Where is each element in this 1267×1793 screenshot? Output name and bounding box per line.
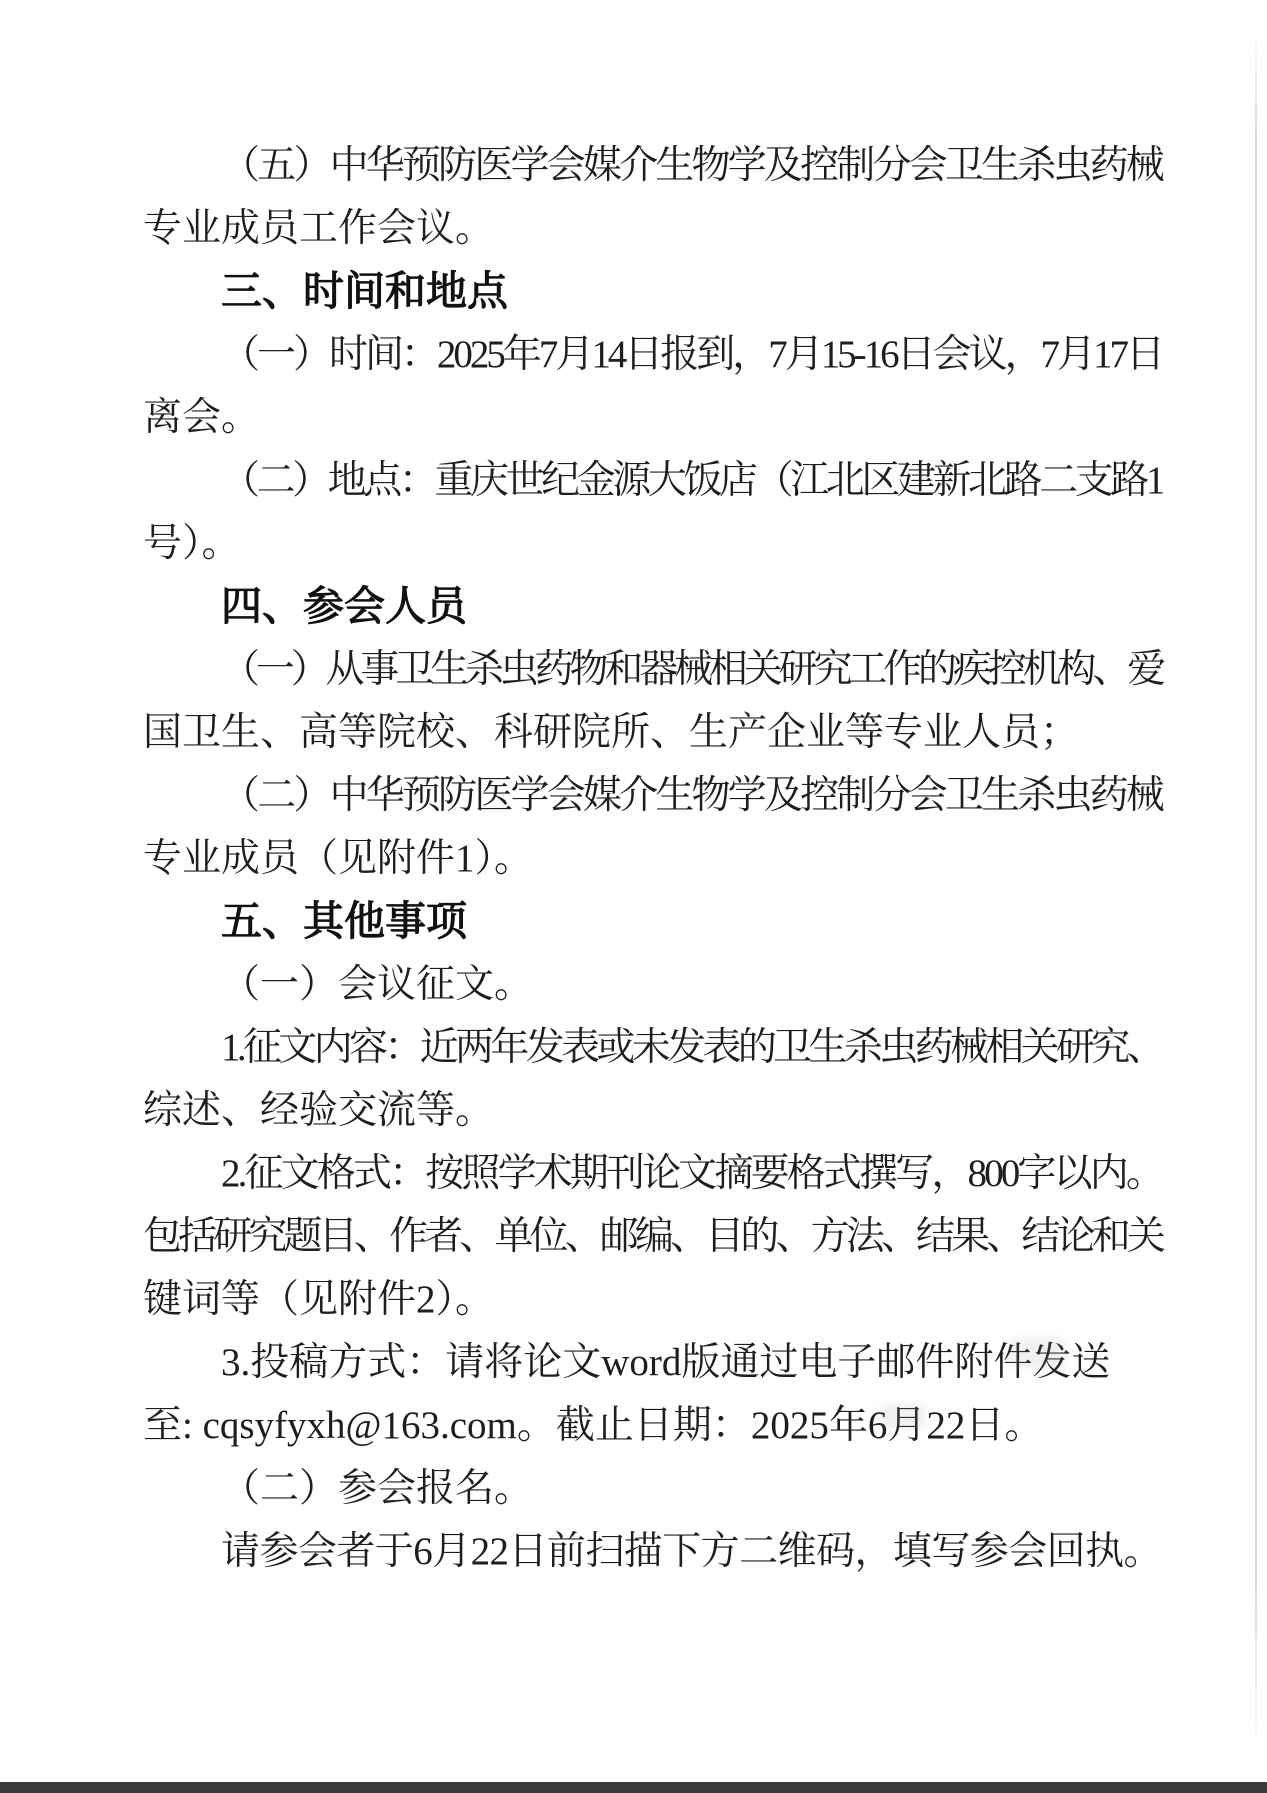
scan-edge-line (1255, 28, 1257, 1760)
text-line-text: （二）参会报名。 (221, 1457, 533, 1520)
text-line: 包括研究题目、作者、单位、邮编、目的、方法、结果、结论和关 (143, 1205, 1162, 1268)
text-line: 1.征文内容：近两年发表或未发表的卫生杀虫药械相关研究、 (143, 1016, 1162, 1079)
text-line-text: 离会。 (143, 386, 260, 449)
text-line-text: 综述、经验交流等。 (143, 1079, 494, 1142)
text-line-text: 2.征文格式：按照学术期刊论文摘要格式撰写，800字以内。 (221, 1142, 1162, 1205)
text-line: 键词等（见附件2）。 (143, 1268, 1162, 1331)
text-line-text: 国卫生、高等院校、科研院所、生产企业等专业人员； (143, 701, 1079, 764)
text-line-text: 三、时间和地点 (221, 260, 508, 323)
text-line: （五）中华预防医学会媒介生物学及控制分会卫生杀虫药械 (143, 134, 1162, 197)
text-line: 专业成员（见附件1）。 (143, 827, 1162, 890)
text-line-text: 请参会者于6月22日前扫描下方二维码，填写参会回执。 (221, 1520, 1162, 1583)
text-line-text: 包括研究题目、作者、单位、邮编、目的、方法、结果、结论和关 (143, 1205, 1162, 1268)
text-line: 至: cqsyfyxh@163.com。截止日期：2025年6月22日。 (143, 1394, 1162, 1457)
text-line: 专业成员工作会议。 (143, 197, 1162, 260)
text-line-text: 3.投稿方式：请将论文word版通过电子邮件附件发送 (221, 1331, 1110, 1394)
scan-smudge (880, 1404, 926, 1428)
text-line-text: 四、参会人员 (221, 575, 467, 638)
text-line-text: 号）。 (143, 512, 241, 575)
text-line-text: 键词等（见附件2）。 (143, 1268, 494, 1331)
text-line: （一）会议征文。 (143, 953, 1162, 1016)
text-line: 国卫生、高等院校、科研院所、生产企业等专业人员； (143, 701, 1162, 764)
text-line: （一）时间：2025年7月14日报到，7月15-16日会议，7月17日 (143, 323, 1162, 386)
text-line-text: （一）会议征文。 (221, 953, 533, 1016)
text-line: 2.征文格式：按照学术期刊论文摘要格式撰写，800字以内。 (143, 1142, 1162, 1205)
scan-bottom-bar (0, 1782, 1267, 1793)
section-heading: 五、其他事项 (143, 890, 1162, 953)
section-heading: 三、时间和地点 (143, 260, 1162, 323)
text-line: 请参会者于6月22日前扫描下方二维码，填写参会回执。 (143, 1520, 1162, 1583)
text-line: 离会。 (143, 386, 1162, 449)
section-heading: 四、参会人员 (143, 575, 1162, 638)
text-line: 综述、经验交流等。 (143, 1079, 1162, 1142)
text-line-text: （一）从事卫生杀虫药物和器械相关研究工作的疾控机构、爱 (221, 638, 1162, 701)
text-line: （二）参会报名。 (143, 1457, 1162, 1520)
text-line: （二）地点：重庆世纪金源大饭店（江北区建新北路二支路1 (143, 449, 1162, 512)
text-line-text: （五）中华预防医学会媒介生物学及控制分会卫生杀虫药械 (221, 134, 1162, 197)
scan-smudge (1008, 1338, 1066, 1368)
text-line-text: 1.征文内容：近两年发表或未发表的卫生杀虫药械相关研究、 (221, 1016, 1162, 1079)
text-line-text: （二）地点：重庆世纪金源大饭店（江北区建新北路二支路1 (221, 449, 1162, 512)
text-line-text: （一）时间：2025年7月14日报到，7月15-16日会议，7月17日 (221, 323, 1162, 386)
text-line: （二）中华预防医学会媒介生物学及控制分会卫生杀虫药械 (143, 764, 1162, 827)
text-line-text: 专业成员（见附件1）。 (143, 827, 533, 890)
text-line-text: 专业成员工作会议。 (143, 197, 494, 260)
text-line-text: 五、其他事项 (221, 890, 467, 953)
text-line: 号）。 (143, 512, 1162, 575)
text-line: （一）从事卫生杀虫药物和器械相关研究工作的疾控机构、爱 (143, 638, 1162, 701)
document-page: （五）中华预防医学会媒介生物学及控制分会卫生杀虫药械专业成员工作会议。三、时间和… (0, 0, 1267, 1793)
text-line-text: （二）中华预防医学会媒介生物学及控制分会卫生杀虫药械 (221, 764, 1162, 827)
